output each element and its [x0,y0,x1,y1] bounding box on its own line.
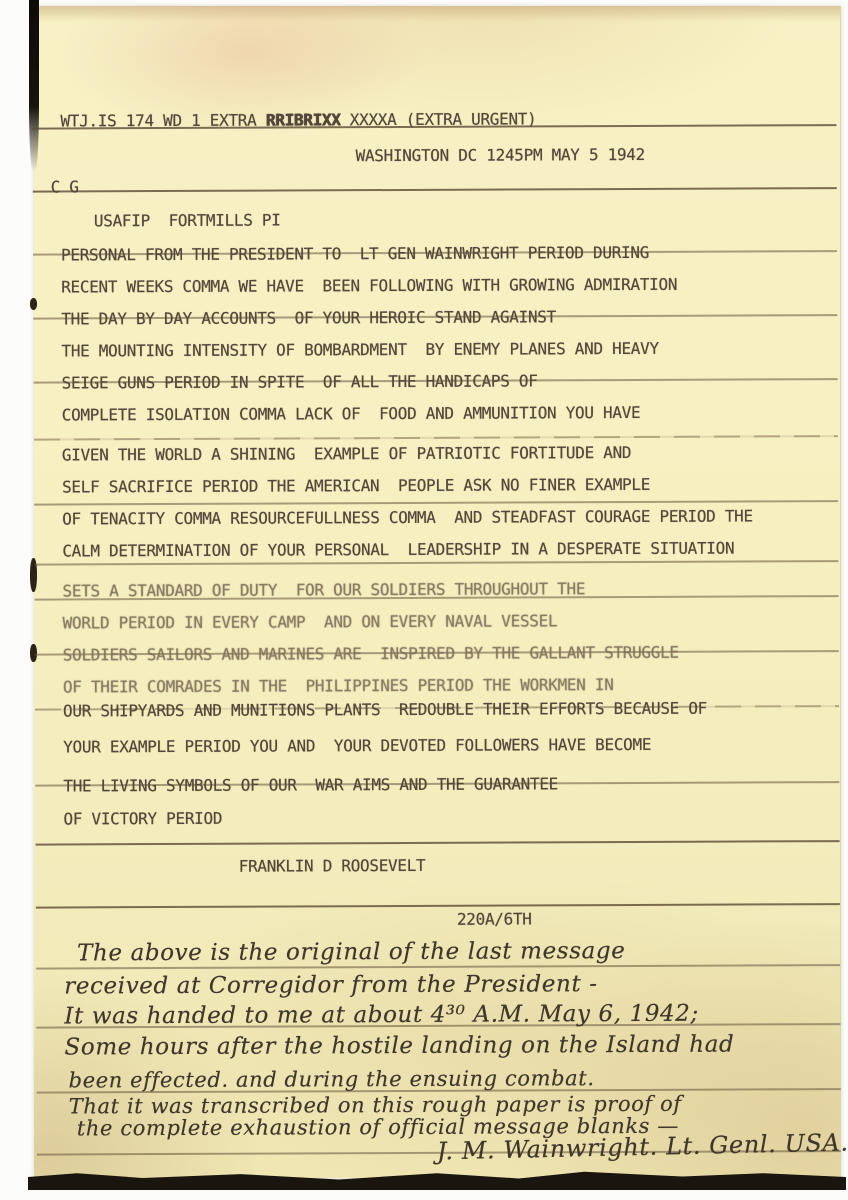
message-line: RECENT WEEKS COMMA WE HAVE BEEN FOLLOWIN… [61,275,677,297]
message-line: THE MOUNTING INTENSITY OF BOMBARDMENT BY… [61,339,658,361]
message-line: SETS A STANDARD OF DUTY FOR OUR SOLDIERS… [62,579,585,600]
telegram-content: WTJ.IS 174 WD 1 EXTRA RRIBRIXX XXXXA (EX… [32,4,843,1180]
handwritten-note-line: been effected. and during the ensuing co… [69,1066,595,1092]
message-line: OF TENACITY COMMA RESOURCEFULLNESS COMMA… [62,506,753,528]
message-line: PERSONAL FROM THE PRESIDENT TO LT GEN WA… [61,243,649,265]
telegram-addressee: C G [51,177,79,196]
time-received-note: 220A/6TH [457,909,532,928]
telegram-routing-line: WTJ.IS 174 WD 1 EXTRA RRIBRIXX XXXXA (EX… [60,109,536,130]
handwritten-note-line: received at Corregidor from the Presiden… [64,971,597,999]
sender-signature: FRANKLIN D ROOSEVELT [239,856,426,876]
message-line: OUR SHIPYARDS AND MUNITIONS PLANTS REDOU… [63,699,707,721]
scanned-telegram-page: WTJ.IS 174 WD 1 EXTRA RRIBRIXX XXXXA (EX… [0,0,848,1200]
handwritten-note-line: Some hours after the hostile landing on … [64,1032,734,1061]
handwritten-note-line: The above is the original of the last me… [77,938,625,966]
ruled-line [34,560,838,566]
message-line: THE LIVING SYMBOLS OF OUR WAR AIMS AND T… [63,774,558,795]
message-line: SELF SACRIFICE PERIOD THE AMERICAN PEOPL… [62,475,650,497]
ruled-line [33,187,837,193]
message-line: YOUR EXAMPLE PERIOD YOU AND YOUR DEVOTED… [63,735,651,757]
message-line: SOLDIERS SAILORS AND MARINES ARE INSPIRE… [63,643,679,665]
telegram-paper: WTJ.IS 174 WD 1 EXTRA RRIBRIXX XXXXA (EX… [34,6,841,1178]
message-line: OF VICTORY PERIOD [63,809,222,829]
routing-suffix: XXXXA (EXTRA URGENT) [340,109,536,129]
telegram-dateline: WASHINGTON DC 1245PM MAY 5 1942 [356,145,645,165]
ruled-line [34,500,838,506]
message-line: OF THEIR COMRADES IN THE PHILIPPINES PER… [63,675,614,696]
handwritten-note-line: It was handed to me at about 4³⁰ A.M. Ma… [64,1001,699,1030]
message-line: SEIGE GUNS PERIOD IN SPITE OF ALL THE HA… [62,371,538,392]
message-line: THE DAY BY DAY ACCOUNTS OF YOUR HEROIC S… [61,307,556,328]
ruled-line [36,840,840,846]
ruled-line [34,435,838,441]
routing-overstruck-code: RRIBRIXX [266,110,341,129]
message-line: GIVEN THE WORLD A SHINING EXAMPLE OF PAT… [62,443,631,464]
telegram-station-line: USAFIP FORTMILLS PI [94,211,281,231]
message-line: COMPLETE ISOLATION COMMA LACK OF FOOD AN… [62,403,641,425]
routing-prefix: WTJ.IS 174 WD 1 EXTRA [60,111,265,131]
message-line: WORLD PERIOD IN EVERY CAMP AND ON EVERY … [63,611,558,632]
message-line: CALM DETERMINATION OF YOUR PERSONAL LEAD… [62,539,734,561]
ruled-line [36,903,840,909]
